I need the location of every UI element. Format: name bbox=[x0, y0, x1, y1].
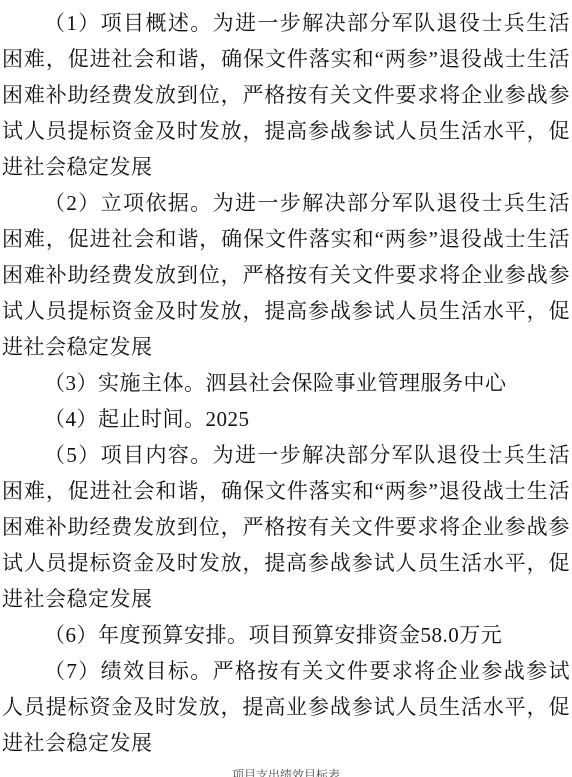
paragraph-1-project-overview: （1）项目概述。为进一步解决部分军队退役士兵生活困难，促进社会和谐，确保文件落实… bbox=[2, 5, 570, 185]
paragraph-4-time-period: （4）起止时间。2025 bbox=[2, 401, 570, 437]
paragraph-3-implementing-body: （3）实施主体。泗县社会保险事业管理服务中心 bbox=[2, 365, 570, 401]
clipped-footer-caption: 项目支出绩效目标表 bbox=[0, 767, 572, 777]
paragraph-5-project-content: （5）项目内容。为进一步解决部分军队退役士兵生活困难，促进社会和谐，确保文件落实… bbox=[2, 437, 570, 617]
paragraph-6-annual-budget: （6）年度预算安排。项目预算安排资金58.0万元 bbox=[2, 617, 570, 653]
paragraph-7-performance-target: （7）绩效目标。严格按有关文件要求将企业参战参试人员提标资金及时发放，提高业参战… bbox=[2, 653, 570, 761]
document-page: （1）项目概述。为进一步解决部分军队退役士兵生活困难，促进社会和谐，确保文件落实… bbox=[0, 0, 572, 761]
paragraph-2-project-basis: （2）立项依据。为进一步解决部分军队退役士兵生活困难，促进社会和谐，确保文件落实… bbox=[2, 185, 570, 365]
